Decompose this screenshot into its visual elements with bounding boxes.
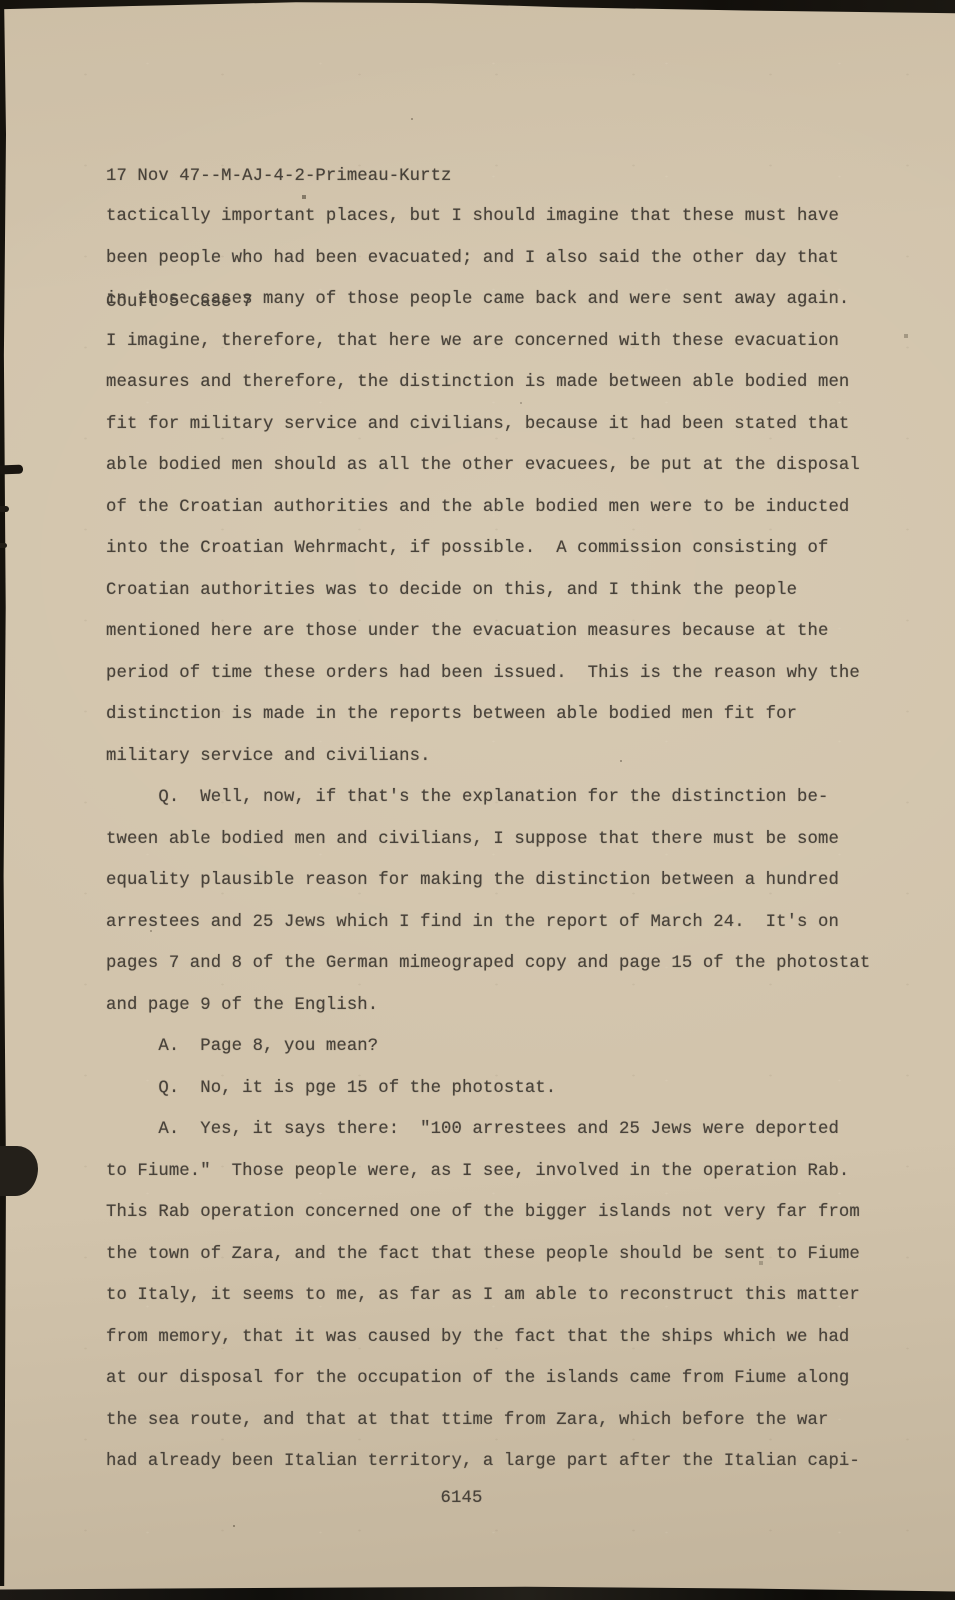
- transcript-line: Croatian authorities was to decide on th…: [106, 570, 870, 612]
- left-edge-speck: [0, 506, 9, 512]
- transcript-line: pages 7 and 8 of the German mimeograped …: [106, 943, 870, 985]
- transcript-line: to Italy, it seems to me, as far as I am…: [106, 1275, 870, 1317]
- transcript-line: the town of Zara, and the fact that thes…: [106, 1234, 870, 1276]
- transcript-line: the sea route, and that at that ttime fr…: [106, 1400, 870, 1442]
- transcript-line: able bodied men should as all the other …: [106, 445, 870, 487]
- transcript-line: military service and civilians.: [106, 736, 870, 778]
- transcript-line: and page 9 of the English.: [106, 985, 870, 1027]
- transcript-line: This Rab operation concerned one of the …: [106, 1192, 870, 1234]
- transcript-line: at our disposal for the occupation of th…: [106, 1358, 870, 1400]
- page-number: 6145: [0, 1489, 939, 1508]
- scan-edge-left: [0, 8, 6, 1586]
- transcript-line: A. Yes, it says there: "100 arrestees an…: [106, 1109, 870, 1151]
- transcript-line: from memory, that it was caused by the f…: [106, 1317, 870, 1359]
- transcript-line: Q. No, it is pge 15 of the photostat.: [106, 1068, 870, 1110]
- transcript-line: of the Croatian authorities and the able…: [106, 487, 870, 529]
- scan-edge-bottom: [0, 1583, 955, 1600]
- transcript-line: had already been Italian territory, a la…: [106, 1441, 870, 1483]
- transcript-line: tween able bodied men and civilians, I s…: [106, 819, 870, 861]
- transcript-line: been people who had been evacuated; and …: [106, 238, 870, 280]
- transcript-line: arrestees and 25 Jews which I find in th…: [106, 902, 870, 944]
- header-date-line: 17 Nov 47--M-AJ-4-2-Primeau-Kurtz: [106, 156, 452, 198]
- transcript-line: to Fiume." Those people were, as I see, …: [106, 1151, 870, 1193]
- transcript-line: fit for military service and civilians, …: [106, 404, 870, 446]
- transcript-line: A. Page 8, you mean?: [106, 1026, 870, 1068]
- left-edge-speck: [0, 543, 7, 548]
- transcript-line: in those cases many of those people came…: [106, 279, 870, 321]
- transcript-line: mentioned here are those under the evacu…: [106, 611, 870, 653]
- left-margin-mark: [0, 465, 23, 475]
- document-page: 17 Nov 47--M-AJ-4-2-Primeau-Kurtz Court …: [0, 0, 955, 1600]
- transcript-line: distinction is made in the reports betwe…: [106, 694, 870, 736]
- transcript-line: equality plausible reason for making the…: [106, 860, 870, 902]
- transcript-line: tactically important places, but I shoul…: [106, 196, 870, 238]
- transcript-body: tactically important places, but I shoul…: [106, 196, 870, 1483]
- transcript-line: period of time these orders had been iss…: [106, 653, 870, 695]
- ink-blot: [0, 1146, 38, 1196]
- transcript-line: Q. Well, now, if that's the explanation …: [106, 777, 870, 819]
- transcript-line: I imagine, therefore, that here we are c…: [106, 321, 870, 363]
- transcript-line: measures and therefore, the distinction …: [106, 362, 870, 404]
- scan-edge-top: [0, 0, 955, 14]
- transcript-line: into the Croatian Wehrmacht, if possible…: [106, 528, 870, 570]
